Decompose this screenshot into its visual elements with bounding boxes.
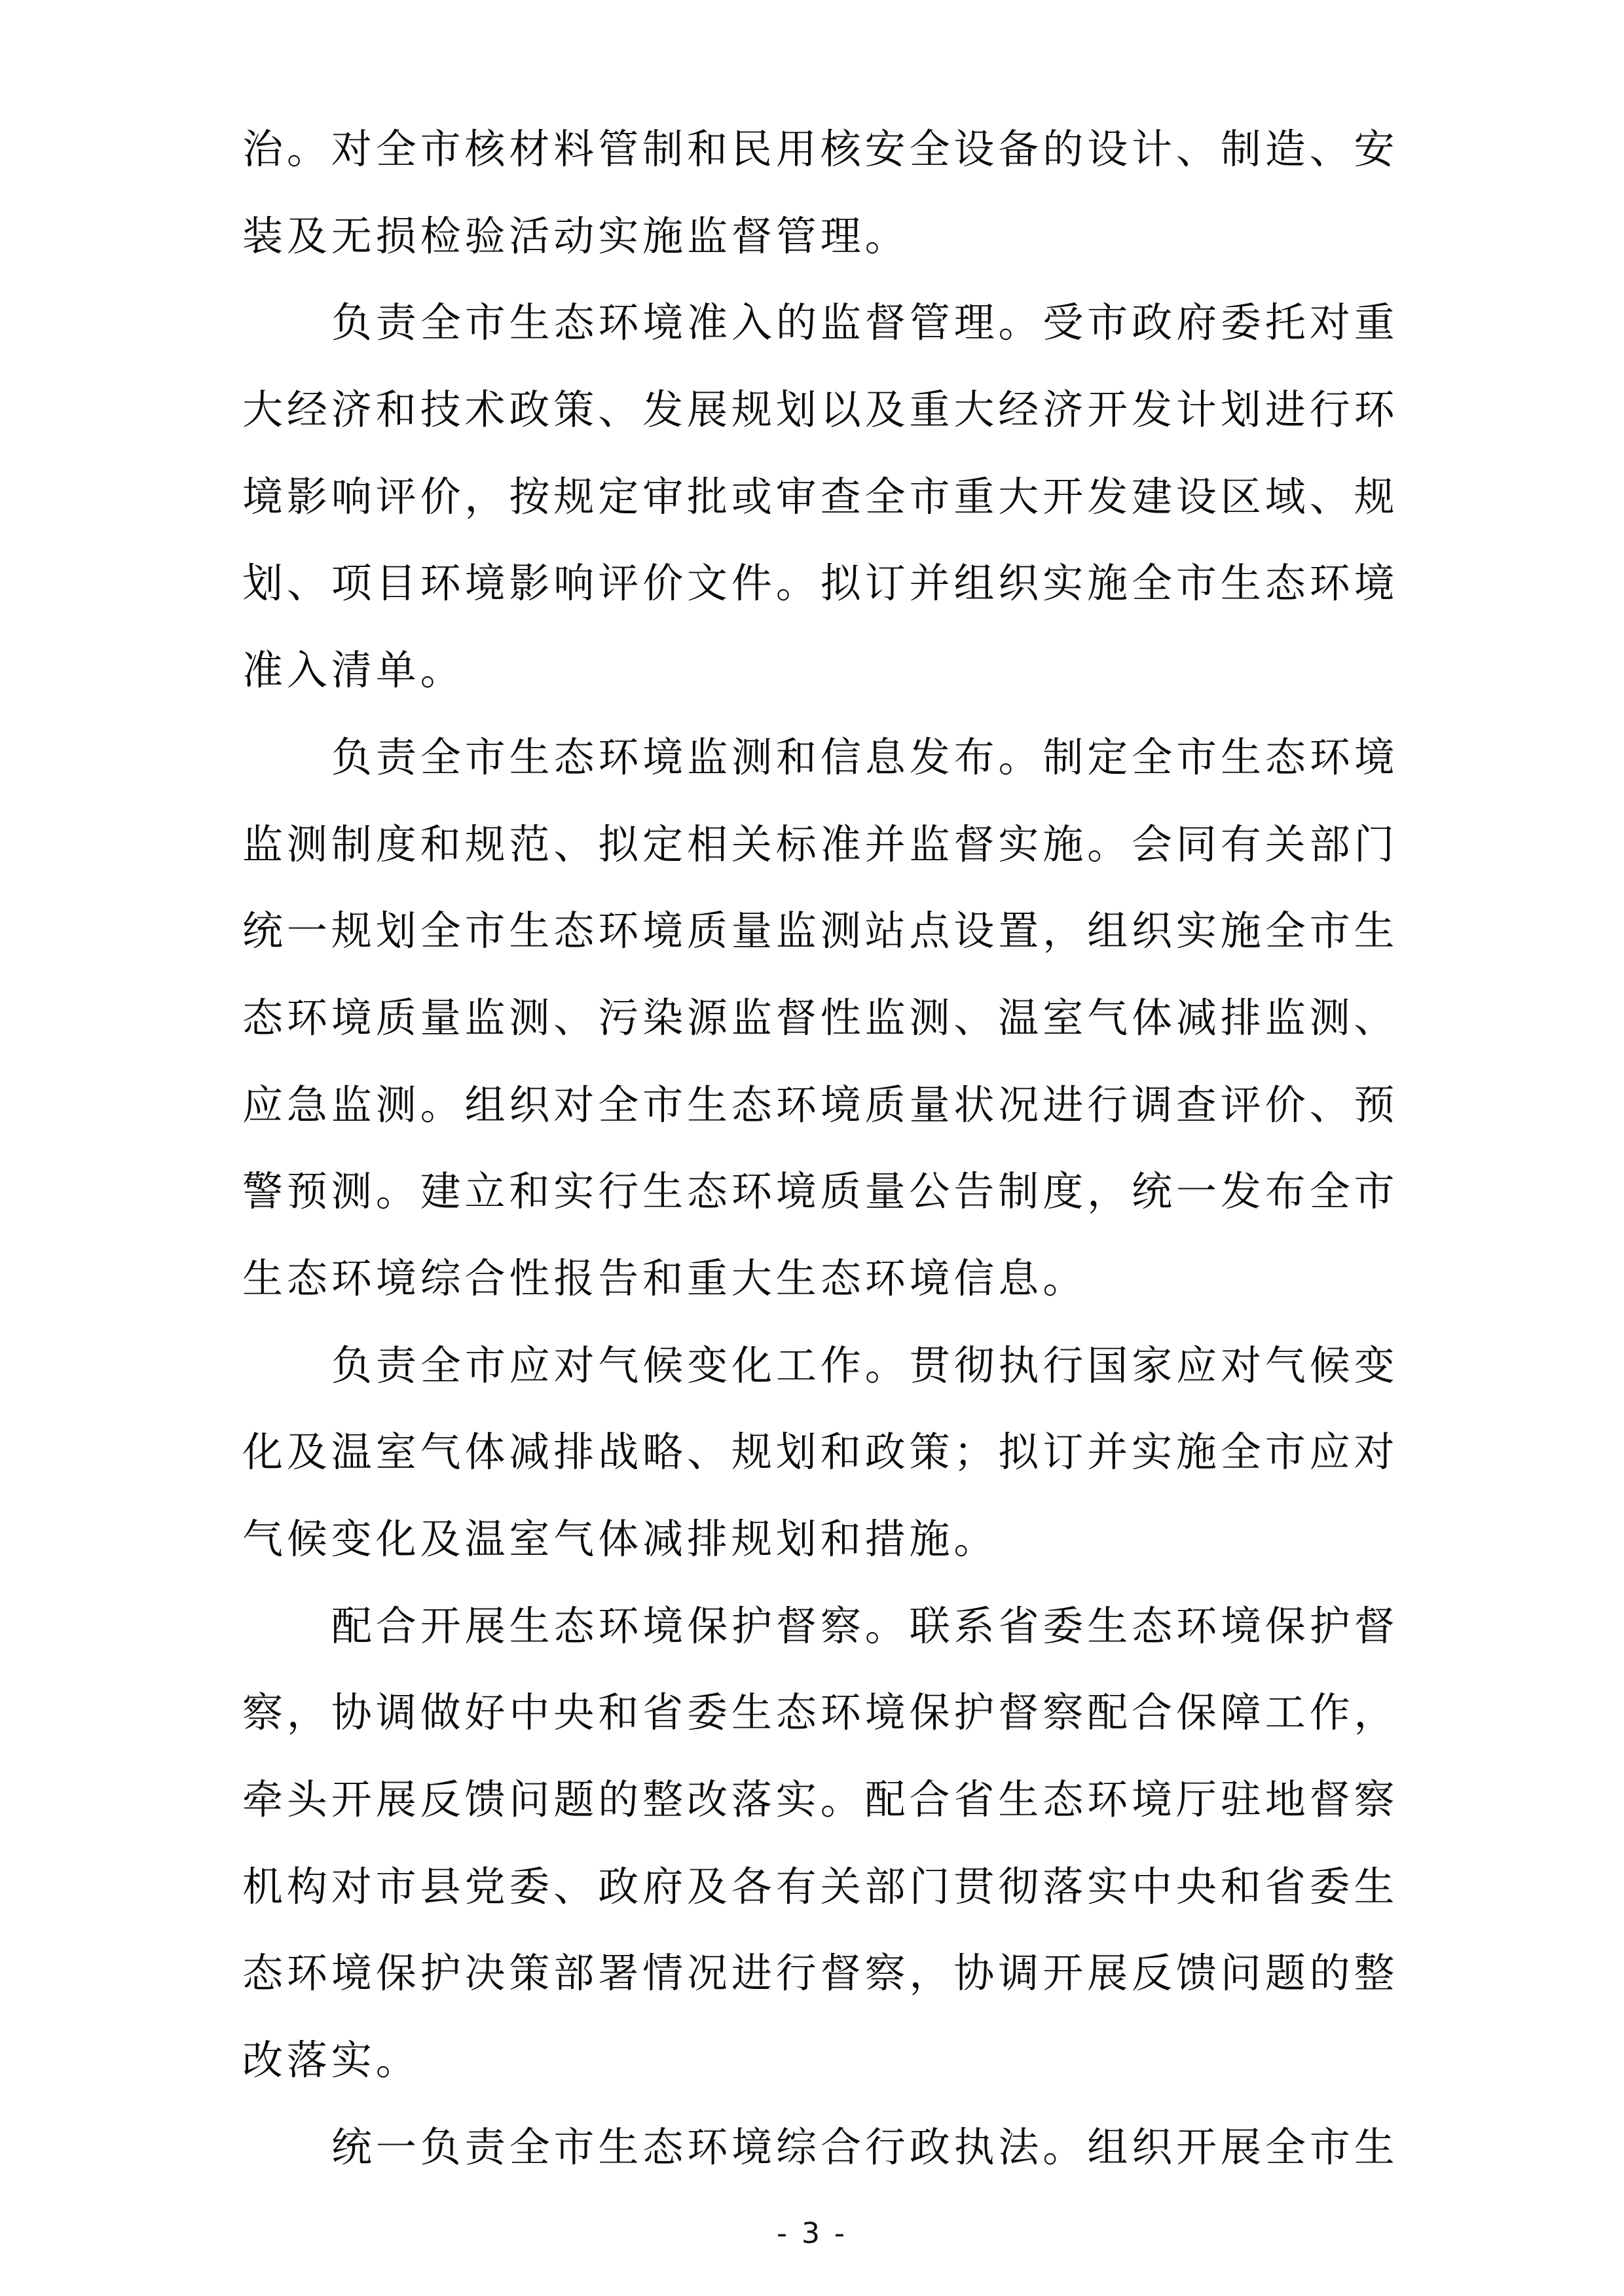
text-line: 负责全市生态环境监测和信息发布。制定全市生态环境 xyxy=(242,726,1408,813)
page-number: - 3 - xyxy=(0,2214,1624,2253)
text-line: 应急监测。组织对全市生态环境质量状况进行调查评价、预 xyxy=(242,1074,1408,1161)
text-line: 大经济和技术政策、发展规划以及重大经济开发计划进行环 xyxy=(242,378,1408,465)
text-line: 气候变化及温室气体减排规划和措施。 xyxy=(242,1508,1408,1595)
paragraph-enforcement: 统一负责全市生态环境综合行政执法。组织开展全市生 xyxy=(242,2116,1408,2203)
text-line: 统一负责全市生态环境综合行政执法。组织开展全市生 xyxy=(242,2116,1408,2203)
text-line: 划、项目环境影响评价文件。拟订并组织实施全市生态环境 xyxy=(242,552,1408,639)
text-line: 负责全市生态环境准入的监督管理。受市政府委托对重 xyxy=(242,291,1408,378)
text-line: 生态环境综合性报告和重大生态环境信息。 xyxy=(242,1247,1408,1334)
document-page: 治。对全市核材料管制和民用核安全设备的设计、制造、安 装及无损检验活动实施监督管… xyxy=(0,0,1624,2296)
text-line: 准入清单。 xyxy=(242,639,1408,726)
text-line: 统一规划全市生态环境质量监测站点设置，组织实施全市生 xyxy=(242,900,1408,987)
text-line: 装及无损检验活动实施监督管理。 xyxy=(242,205,1408,292)
text-line: 配合开展生态环境保护督察。联系省委生态环境保护督 xyxy=(242,1595,1408,1682)
text-line: 察，协调做好中央和省委生态环境保护督察配合保障工作， xyxy=(242,1681,1408,1768)
text-line: 负责全市应对气候变化工作。贯彻执行国家应对气候变 xyxy=(242,1334,1408,1421)
paragraph-nuclear-safety-continuation: 治。对全市核材料管制和民用核安全设备的设计、制造、安 装及无损检验活动实施监督管… xyxy=(242,118,1408,291)
paragraph-monitoring: 负责全市生态环境监测和信息发布。制定全市生态环境 监测制度和规范、拟定相关标准并… xyxy=(242,726,1408,1334)
text-line: 治。对全市核材料管制和民用核安全设备的设计、制造、安 xyxy=(242,118,1408,205)
text-line: 警预测。建立和实行生态环境质量公告制度，统一发布全市 xyxy=(242,1160,1408,1247)
text-line: 境影响评价，按规定审批或审查全市重大开发建设区域、规 xyxy=(242,465,1408,553)
text-line: 监测制度和规范、拟定相关标准并监督实施。会同有关部门 xyxy=(242,813,1408,900)
text-line: 态环境保护决策部署情况进行督察，协调开展反馈问题的整 xyxy=(242,1942,1408,2029)
text-line: 机构对市县党委、政府及各有关部门贯彻落实中央和省委生 xyxy=(242,1855,1408,1942)
text-line: 改落实。 xyxy=(242,2029,1408,2116)
paragraph-inspection: 配合开展生态环境保护督察。联系省委生态环境保护督 察，协调做好中央和省委生态环境… xyxy=(242,1595,1408,2116)
body-text: 治。对全市核材料管制和民用核安全设备的设计、制造、安 装及无损检验活动实施监督管… xyxy=(242,118,1408,2203)
paragraph-environmental-access: 负责全市生态环境准入的监督管理。受市政府委托对重 大经济和技术政策、发展规划以及… xyxy=(242,291,1408,725)
text-line: 态环境质量监测、污染源监督性监测、温室气体减排监测、 xyxy=(242,987,1408,1074)
text-line: 牵头开展反馈问题的整改落实。配合省生态环境厅驻地督察 xyxy=(242,1768,1408,1855)
paragraph-climate-change: 负责全市应对气候变化工作。贯彻执行国家应对气候变 化及温室气体减排战略、规划和政… xyxy=(242,1334,1408,1595)
text-line: 化及温室气体减排战略、规划和政策；拟订并实施全市应对 xyxy=(242,1421,1408,1508)
